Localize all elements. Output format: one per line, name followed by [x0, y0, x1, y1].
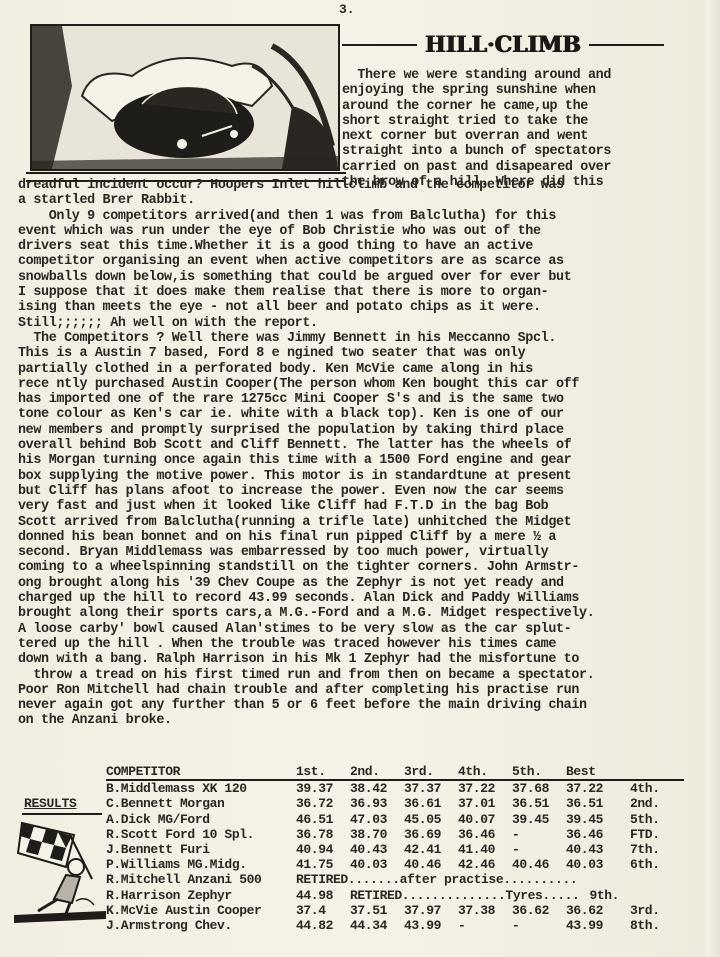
text-line: box supplying the motive power. This mot…: [18, 469, 594, 484]
text-line: ong brought along his '39 Chev Coupe as …: [18, 576, 594, 591]
competitor-cell: A.Dick MG/Ford: [106, 812, 296, 827]
column-header: 3rd.: [404, 764, 458, 779]
text-line: snowballs down below,is something that c…: [18, 270, 594, 285]
time-cell: 39.45: [512, 812, 566, 827]
time-cell: 42.46: [458, 857, 512, 872]
text-line: never again got any further than 5 or 6 …: [18, 698, 594, 713]
table-row: J.Armstrong Chev.44.8244.3443.99--43.998…: [106, 918, 684, 933]
text-line: brought along their sports cars,a M.G.-F…: [18, 606, 594, 621]
placing-cell: 8th.: [620, 918, 676, 933]
text-line: rece ntly purchased Austin Cooper(The pe…: [18, 377, 594, 392]
text-line: Only 9 competitors arrived(and then 1 wa…: [18, 209, 594, 224]
article-title: HILL·CLIMB: [417, 32, 589, 58]
column-header: [620, 764, 676, 779]
placing-cell: 4th.: [620, 781, 676, 796]
article-heading: HILL·CLIMB: [342, 30, 664, 60]
time-cell: 39.37: [296, 781, 350, 796]
time-cell: 37.38: [458, 903, 512, 918]
time-cell: 42.41: [404, 842, 458, 857]
article-intro: There we were standing around andenjoyin…: [342, 68, 611, 190]
text-line: Still;;;;;; Ah well on with the report.: [18, 316, 594, 331]
column-header: 5th.: [512, 764, 566, 779]
text-line: Scott arrived from Balclutha(running a t…: [18, 515, 594, 530]
time-cell: 40.03: [350, 857, 404, 872]
text-line: A loose carby' bowl caused Alan'stimes t…: [18, 622, 594, 637]
text-line: ising than meets the eye - not all beer …: [18, 300, 594, 315]
competitor-cell: R.Harrison Zephyr: [106, 888, 296, 903]
time-cell: 36.62: [566, 903, 620, 918]
car-crash-illustration: [30, 24, 340, 171]
text-line: his Morgan turning once again this time …: [18, 453, 594, 468]
text-line: I suppose that it does make them realise…: [18, 285, 594, 300]
competitor-cell: J.Armstrong Chev.: [106, 918, 296, 933]
competitor-cell: R.Mitchell Anzani 500: [106, 872, 296, 887]
competitor-cell: B.Middlemass XK 120: [106, 781, 296, 796]
time-cell: 46.51: [296, 812, 350, 827]
retired-note: RETIRED..............Tyres.....: [350, 888, 579, 903]
time-cell: -: [512, 827, 566, 842]
column-header: Best: [566, 764, 620, 779]
time-cell: 36.46: [458, 827, 512, 842]
text-line: straight into a bunch of spectators: [342, 144, 611, 159]
text-line: has imported one of the rare 1275cc Mini…: [18, 392, 594, 407]
competitor-cell: J.Bennett Furi: [106, 842, 296, 857]
time-cell: 44.82: [296, 918, 350, 933]
time-cell: 37.37: [404, 781, 458, 796]
retired-note: RETIRED.......after practise..........: [296, 872, 577, 887]
time-cell: 40.46: [512, 857, 566, 872]
time-cell: 44.98: [296, 888, 350, 903]
time-cell: -: [458, 918, 512, 933]
column-header: COMPETITOR: [106, 764, 296, 779]
time-cell: 36.72: [296, 796, 350, 811]
checkered-flag-illustration: [14, 815, 106, 925]
time-cell: 45.05: [404, 812, 458, 827]
time-cell: 44.34: [350, 918, 404, 933]
time-cell: 37.97: [404, 903, 458, 918]
time-cell: -: [512, 918, 566, 933]
column-header: 4th.: [458, 764, 512, 779]
text-line: enjoying the spring sunshine when: [342, 83, 611, 98]
table-row: R.Mitchell Anzani 500RETIRED.......after…: [106, 872, 684, 887]
text-line: drivers seat this time.Whether it is a g…: [18, 239, 594, 254]
time-cell: 36.62: [512, 903, 566, 918]
heading-rule-right: [589, 44, 664, 46]
time-cell: 37.4: [296, 903, 350, 918]
time-cell: 40.94: [296, 842, 350, 857]
results-label: RESULTS: [24, 796, 77, 811]
placing-cell: 5th.: [620, 812, 676, 827]
text-line: tone colour as Ken's car ie. white with …: [18, 407, 594, 422]
placing-cell: 7th.: [620, 842, 676, 857]
time-cell: 36.61: [404, 796, 458, 811]
placing-cell: 9th.: [579, 888, 635, 903]
time-cell: 41.40: [458, 842, 512, 857]
page-edge: [706, 0, 720, 957]
placing-cell: FTD.: [620, 827, 676, 842]
time-cell: 36.78: [296, 827, 350, 842]
text-line: coming to a wheelspinning standstill on …: [18, 560, 594, 575]
text-line: short straight tried to take the: [342, 114, 611, 129]
text-line: very fast and just when it looked like C…: [18, 499, 594, 514]
table-row: C.Bennett Morgan36.7236.9336.6137.0136.5…: [106, 796, 684, 811]
car-illustration-icon: [32, 26, 338, 169]
time-cell: 47.03: [350, 812, 404, 827]
competitor-cell: R.Scott Ford 10 Spl.: [106, 827, 296, 842]
time-cell: 40.03: [566, 857, 620, 872]
text-line: on the Anzani broke.: [18, 713, 594, 728]
time-cell: 36.51: [566, 796, 620, 811]
time-cell: 40.43: [350, 842, 404, 857]
article-body: dreadful incident occur? Hoopers Inlet h…: [18, 178, 594, 729]
text-line: Poor Ron Mitchell had chain trouble and …: [18, 683, 594, 698]
column-header: 2nd.: [350, 764, 404, 779]
results-header-row: COMPETITOR1st.2nd.3rd.4th.5th.Best: [106, 764, 684, 781]
table-row: B.Middlemass XK 12039.3738.4237.3737.223…: [106, 781, 684, 796]
text-line: but Cliff has plans afoot to increase th…: [18, 484, 594, 499]
text-line: competitor organising an event when acti…: [18, 254, 594, 269]
competitor-cell: P.Williams MG.Midg.: [106, 857, 296, 872]
text-line: carried on past and disapeared over: [342, 160, 611, 175]
text-line: throw a tread on his first timed run and…: [18, 668, 594, 683]
text-line: This is a Austin 7 based, Ford 8 e ngine…: [18, 346, 594, 361]
time-cell: 38.42: [350, 781, 404, 796]
time-cell: 40.07: [458, 812, 512, 827]
time-cell: 36.46: [566, 827, 620, 842]
table-row: R.Scott Ford 10 Spl.36.7838.7036.6936.46…: [106, 827, 684, 842]
text-line: There we were standing around and: [342, 68, 611, 83]
text-line: dreadful incident occur? Hoopers Inlet h…: [18, 178, 594, 193]
results-table: COMPETITOR1st.2nd.3rd.4th.5th.BestB.Midd…: [106, 764, 684, 933]
text-line: tered up the hill . When the trouble was…: [18, 637, 594, 652]
time-cell: 36.51: [512, 796, 566, 811]
competitor-cell: C.Bennett Morgan: [106, 796, 296, 811]
time-cell: 39.45: [566, 812, 620, 827]
page-number: 3.: [339, 2, 355, 17]
placing-cell: 3rd.: [620, 903, 676, 918]
competitor-cell: K.McVie Austin Cooper: [106, 903, 296, 918]
text-line: second. Bryan Middlemass was embarressed…: [18, 545, 594, 560]
time-cell: 40.43: [566, 842, 620, 857]
placing-cell: 6th.: [620, 857, 676, 872]
time-cell: 37.22: [458, 781, 512, 796]
time-cell: -: [512, 842, 566, 857]
table-row: R.Harrison Zephyr44.98RETIRED...........…: [106, 888, 684, 903]
time-cell: 40.46: [404, 857, 458, 872]
text-line: donned his bean bonnet and on his final …: [18, 530, 594, 545]
time-cell: 38.70: [350, 827, 404, 842]
time-cell: 37.22: [566, 781, 620, 796]
table-row: K.McVie Austin Cooper37.437.5137.9737.38…: [106, 903, 684, 918]
table-row: A.Dick MG/Ford46.5147.0345.0540.0739.453…: [106, 812, 684, 827]
text-line: event which was run under the eye of Bob…: [18, 224, 594, 239]
column-header: 1st.: [296, 764, 350, 779]
time-cell: 36.93: [350, 796, 404, 811]
time-cell: 43.99: [566, 918, 620, 933]
text-line: charged up the hill to record 43.99 seco…: [18, 591, 594, 606]
text-line: a startled Brer Rabbit.: [18, 193, 594, 208]
time-cell: 37.51: [350, 903, 404, 918]
text-line: new members and promptly surprised the p…: [18, 423, 594, 438]
placing-cell: [577, 872, 633, 887]
text-line: next corner but overran and went: [342, 129, 611, 144]
time-cell: 36.69: [404, 827, 458, 842]
table-row: J.Bennett Furi40.9440.4342.4141.40-40.43…: [106, 842, 684, 857]
table-row: P.Williams MG.Midg.41.7540.0340.4642.464…: [106, 857, 684, 872]
checkered-flag-icon: [14, 815, 106, 925]
text-line: down with a bang. Ralph Harrison in his …: [18, 652, 594, 667]
heading-rule-left: [342, 44, 417, 46]
placing-cell: 2nd.: [620, 796, 676, 811]
time-cell: 37.68: [512, 781, 566, 796]
time-cell: 41.75: [296, 857, 350, 872]
text-line: overall behind Bob Scott and Cliff Benne…: [18, 438, 594, 453]
text-line: The Competitors ? Well there was Jimmy B…: [18, 331, 594, 346]
time-cell: 43.99: [404, 918, 458, 933]
text-line: around the corner he came,up the: [342, 99, 611, 114]
time-cell: 37.01: [458, 796, 512, 811]
text-line: partially clothed in a perforated body. …: [18, 362, 594, 377]
